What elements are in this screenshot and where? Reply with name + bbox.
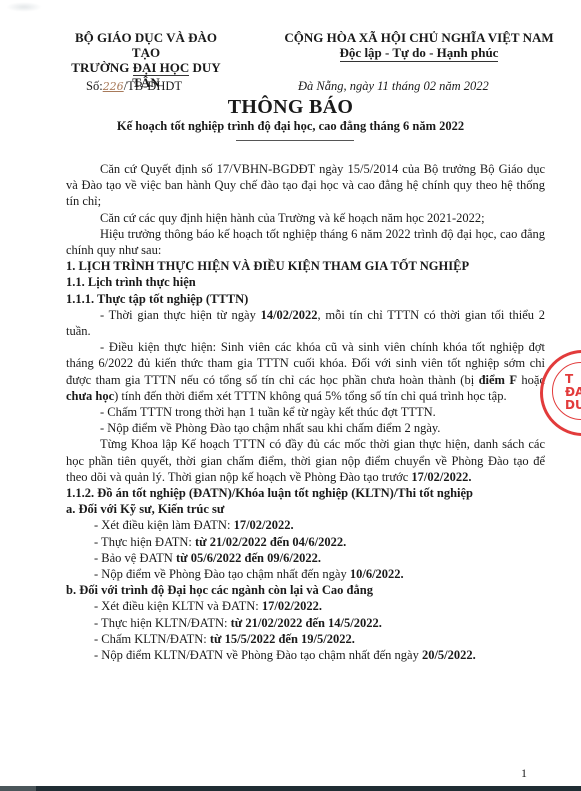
schedule-item: - Chấm KLTN/ĐATN: từ 15/5/2022 đến 19/5/… [66, 631, 545, 647]
national-heading: CỘNG HÒA XÃ HỘI CHỦ NGHĨA VIỆT NAM Độc l… [262, 30, 576, 62]
group-heading-others: b. Đối với trình độ Đại học các ngành cò… [66, 582, 545, 598]
schedule-item: - Thực hiện KLTN/ĐATN: từ 21/02/2022 đến… [66, 615, 545, 631]
group-heading-engineers: a. Đối với Kỹ sư, Kiến trúc sư [66, 501, 545, 517]
stamp-text: T ĐA DU [565, 373, 581, 412]
viewer-bottom-bar [0, 786, 581, 791]
subsubsection-heading: 1.1.1. Thực tập tốt nghiệp (TTTN) [66, 291, 545, 307]
document-body: Căn cứ Quyết định số 17/VBHN-BGDĐT ngày … [66, 161, 545, 663]
preamble-paragraph: Hiệu trưởng thông báo kế hoạch tốt nghiệ… [66, 226, 545, 258]
page-number: 1 [521, 766, 527, 781]
schedule-item: - Nộp điểm KLTN/ĐATN về Phòng Đào tạo ch… [66, 647, 545, 663]
schedule-item: - Nộp điểm về Phòng Đào tạo chậm nhất đế… [66, 566, 545, 582]
schedule-item: - Xét điều kiện làm ĐATN: 17/02/2022. [66, 517, 545, 533]
official-stamp: T ĐA DU [540, 350, 581, 436]
national-motto: Độc lập - Tự do - Hạnh phúc [340, 45, 499, 62]
country-name: CỘNG HÒA XÃ HỘI CHỦ NGHĨA VIỆT NAM [262, 30, 576, 45]
schedule-item: - Thực hiện ĐATN: từ 21/02/2022 đến 04/6… [66, 534, 545, 550]
schedule-item: - Bảo vệ ĐATN từ 05/6/2022 đến 09/6/2022… [66, 550, 545, 566]
scan-smudge [6, 2, 42, 12]
ministry-name: BỘ GIÁO DỤC VÀ ĐÀO TẠO [66, 30, 226, 60]
preamble-paragraph: Căn cứ các quy định hiện hành của Trường… [66, 210, 545, 226]
document-number: Số:226/TB-ĐHDT [86, 79, 182, 94]
subsubsection-heading: 1.1.2. Đồ án tốt nghiệp (ĐATN)/Khóa luận… [66, 485, 545, 501]
place-date: Đà Nẵng, ngày 11 tháng 02 năm 2022 [298, 79, 489, 94]
document-subtitle: Kế hoạch tốt nghiệp trình độ đại học, ca… [0, 119, 581, 134]
divider [236, 140, 354, 141]
section-heading: 1. LỊCH TRÌNH THỰC HIỆN VÀ ĐIỀU KIỆN THA… [66, 258, 545, 274]
tttn-grading: - Chấm TTTN trong thời hạn 1 tuần kể từ … [66, 404, 545, 420]
tttn-conditions: - Điều kiện thực hiện: Sinh viên các khó… [66, 339, 545, 404]
tttn-time: - Thời gian thực hiện từ ngày 14/02/2022… [66, 307, 545, 339]
preamble-paragraph: Căn cứ Quyết định số 17/VBHN-BGDĐT ngày … [66, 161, 545, 210]
document-title: THÔNG BÁO [0, 96, 581, 119]
schedule-item: - Xét điều kiện KLTN và ĐATN: 17/02/2022… [66, 598, 545, 614]
tttn-submission: - Nộp điểm về Phòng Đào tạo chậm nhất sa… [66, 420, 545, 436]
tttn-plan: Từng Khoa lập Kế hoạch TTTN có đầy đủ cá… [66, 436, 545, 485]
subsection-heading: 1.1. Lịch trình thực hiện [66, 274, 545, 290]
document-page: BỘ GIÁO DỤC VÀ ĐÀO TẠO TRƯỜNG ĐẠI HỌC DU… [0, 0, 581, 786]
handwritten-number: 226 [103, 80, 124, 93]
